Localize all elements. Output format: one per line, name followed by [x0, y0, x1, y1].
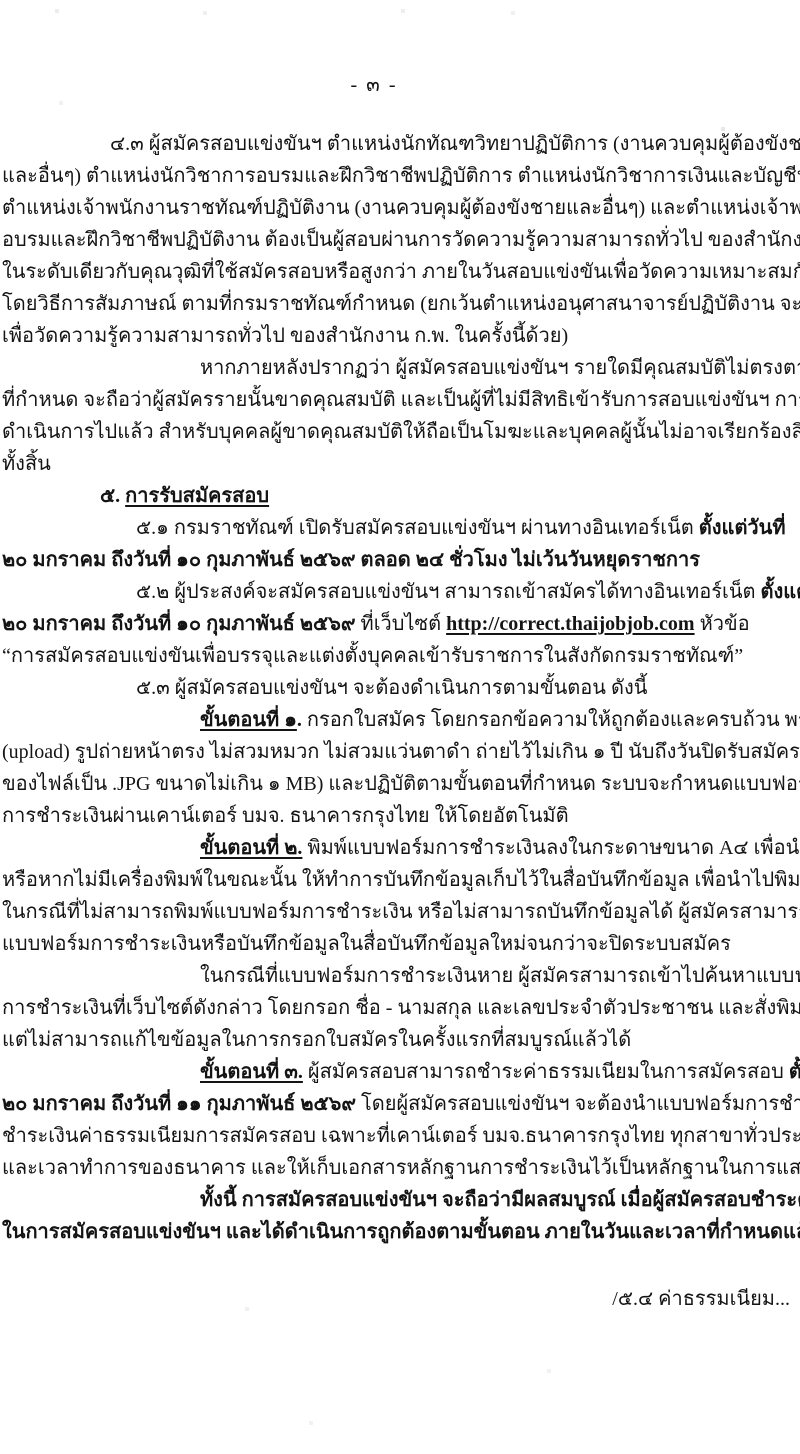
- text-line: ๔.๓ ผู้สมัครสอบแข่งขันฯ ตำแหน่งนักทัณฑวิ…: [0, 128, 800, 160]
- text-line: ดำเนินการไปแล้ว สำหรับบุคคลผู้ขาดคุณสมบั…: [0, 416, 800, 448]
- text-segment: ๕.: [100, 485, 125, 507]
- text-segment: ในกรณีที่แบบฟอร์มการชำระเงินหาย ผู้สมัคร…: [200, 965, 800, 987]
- text-segment: การชำระเงินที่เว็บไซต์ดังกล่าว โดยกรอก ช…: [2, 997, 800, 1019]
- text-segment: และเวลาทำการของธนาคาร และให้เก็บเอกสารหล…: [2, 1157, 800, 1179]
- text-line: ในระดับเดียวกับคุณวุฒิที่ใช้สมัครสอบหรือ…: [0, 256, 800, 288]
- text-segment: หัวข้อ: [695, 613, 750, 635]
- text-line: ทั้งนี้ การสมัครสอบแข่งขันฯ จะถือว่ามีผล…: [0, 1184, 800, 1216]
- text-segment: กรอกใบสมัคร โดยกรอกข้อความให้ถูกต้องและค…: [307, 709, 800, 731]
- text-line: ขั้นตอนที่ ๓. ผู้สมัครสอบสามารถชำระค่าธร…: [0, 1056, 800, 1088]
- text-line: อบรมและฝึกวิชาชีพปฏิบัติงาน ต้องเป็นผู้ส…: [0, 224, 800, 256]
- text-line: ๕.๓ ผู้สมัครสอบแข่งขันฯ จะต้องดำเนินการต…: [0, 672, 800, 704]
- text-segment: พิมพ์แบบฟอร์มการชำระเงินลงในกระดาษขนาด A…: [302, 837, 800, 859]
- continuation-note: /๕.๔ ค่าธรรมเนียม...: [612, 1282, 790, 1314]
- text-line: ชำระเงินค่าธรรมเนียมการสมัครสอบ เฉพาะที่…: [0, 1120, 800, 1152]
- text-line: ในกรณีที่แบบฟอร์มการชำระเงินหาย ผู้สมัคร…: [0, 960, 800, 992]
- step-2-label: ขั้นตอนที่ ๒.: [200, 837, 302, 859]
- text-segment: แต่ไม่สามารถแก้ไขข้อมูลในการกรอกใบสมัครใ…: [2, 1029, 631, 1051]
- text-line: ๕.๒ ผู้ประสงค์จะสมัครสอบแข่งขันฯ สามารถเ…: [0, 576, 800, 608]
- text-segment: การชำระเงินผ่านเคาน์เตอร์ บมจ. ธนาคารกรุ…: [2, 805, 569, 827]
- text-line: (upload) รูปถ่ายหน้าตรง ไม่สวมหมวก ไม่สว…: [0, 736, 800, 768]
- text-segment: หากภายหลังปรากฏว่า ผู้สมัครสอบแข่งขันฯ ร…: [200, 357, 800, 379]
- text-segment: ที่เว็บไซต์: [356, 613, 447, 635]
- text-line: ตำแหน่งเจ้าพนักงานราชทัณฑ์ปฏิบัติงาน (งา…: [0, 192, 800, 224]
- text-line: ในการสมัครสอบแข่งขันฯ และได้ดำเนินการถูก…: [0, 1216, 800, 1248]
- text-line: ๒๐ มกราคม ถึงวันที่ ๑๑ กุมภาพันธ์ ๒๕๖๙ โ…: [0, 1088, 800, 1120]
- text-line: ในกรณีที่ไม่สามารถพิมพ์แบบฟอร์มการชำระเง…: [0, 896, 800, 928]
- website-url: http://correct.thaijobjob.com: [446, 613, 694, 635]
- text-segment: .: [297, 709, 307, 731]
- scanned-document-page: - ๓ - ๔.๓ ผู้สมัครสอบแข่งขันฯ ตำแหน่งนัก…: [0, 0, 800, 1454]
- text-segment: แบบฟอร์มการชำระเงินหรือบันทึกข้อมูลในสื่…: [2, 933, 731, 955]
- section-5-heading: การรับสมัครสอบ: [125, 485, 269, 507]
- text-segment: โดยวิธีการสัมภาษณ์ ตามที่กรมราชทัณฑ์กำหน…: [2, 293, 800, 315]
- text-segment: ๒๐ มกราคม ถึงวันที่ ๑๐ กุมภาพันธ์ ๒๕๖๙: [2, 613, 356, 635]
- text-segment: “การสมัครสอบแข่งขันเพื่อบรรจุและแต่งตั้ง…: [2, 645, 743, 667]
- text-segment: ในกรณีที่ไม่สามารถพิมพ์แบบฟอร์มการชำระเง…: [2, 901, 800, 923]
- text-line: ๒๐ มกราคม ถึงวันที่ ๑๐ กุมภาพันธ์ ๒๕๖๙ ต…: [0, 544, 800, 576]
- text-segment: ดำเนินการไปแล้ว สำหรับบุคคลผู้ขาดคุณสมบั…: [2, 421, 800, 443]
- text-line: โดยวิธีการสัมภาษณ์ ตามที่กรมราชทัณฑ์กำหน…: [0, 288, 800, 320]
- text-line: “การสมัครสอบแข่งขันเพื่อบรรจุและแต่งตั้ง…: [0, 640, 800, 672]
- text-line: ขั้นตอนที่ ๒. พิมพ์แบบฟอร์มการชำระเงินลง…: [0, 832, 800, 864]
- text-segment: โดยผู้สมัครสอบแข่งขันฯ จะต้องนำแบบฟอร์มก…: [356, 1093, 800, 1115]
- text-line: แต่ไม่สามารถแก้ไขข้อมูลในการกรอกใบสมัครใ…: [0, 1024, 800, 1056]
- text-line: และเวลาทำการของธนาคาร และให้เก็บเอกสารหล…: [0, 1152, 800, 1184]
- text-segment: ทั้งสิ้น: [2, 453, 51, 475]
- text-segment: ๒๐ มกราคม ถึงวันที่ ๑๑ กุมภาพันธ์ ๒๕๖๙: [2, 1093, 356, 1115]
- text-line: ขั้นตอนที่ ๑. กรอกใบสมัคร โดยกรอกข้อความ…: [0, 704, 800, 736]
- text-segment: ในการสมัครสอบแข่งขันฯ และได้ดำเนินการถูก…: [2, 1221, 800, 1243]
- text-segment: ตั้งแต่วันที่: [789, 1061, 800, 1083]
- text-line: ๕. การรับสมัครสอบ: [0, 480, 800, 512]
- text-line: แบบฟอร์มการชำระเงินหรือบันทึกข้อมูลในสื่…: [0, 928, 800, 960]
- text-segment: (upload) รูปถ่ายหน้าตรง ไม่สวมหมวก ไม่สว…: [2, 741, 800, 763]
- text-line: ที่กำหนด จะถือว่าผู้สมัครรายนั้นขาดคุณสม…: [0, 384, 800, 416]
- text-segment: ๕.๒ ผู้ประสงค์จะสมัครสอบแข่งขันฯ สามารถเ…: [136, 581, 761, 603]
- text-segment: ตั้งแต่วันที่: [699, 517, 786, 539]
- text-segment: ๕.๑ กรมราชทัณฑ์ เปิดรับสมัครสอบแข่งขันฯ …: [136, 517, 699, 539]
- text-segment: ชำระเงินค่าธรรมเนียมการสมัครสอบ เฉพาะที่…: [2, 1125, 800, 1147]
- text-line: ๕.๑ กรมราชทัณฑ์ เปิดรับสมัครสอบแข่งขันฯ …: [0, 512, 800, 544]
- text-segment: ตั้งแต่วันที่: [761, 581, 800, 603]
- text-line: และอื่นๆ) ตำแหน่งนักวิชาการอบรมและฝึกวิช…: [0, 160, 800, 192]
- document-lines: ๔.๓ ผู้สมัครสอบแข่งขันฯ ตำแหน่งนักทัณฑวิ…: [0, 128, 800, 1248]
- text-segment: เพื่อวัดความรู้ความสามารถทั่วไป ของสำนัก…: [2, 325, 568, 347]
- text-segment: ๔.๓ ผู้สมัครสอบแข่งขันฯ ตำแหน่งนักทัณฑวิ…: [110, 133, 800, 155]
- text-segment: อบรมและฝึกวิชาชีพปฏิบัติงาน ต้องเป็นผู้ส…: [2, 229, 800, 251]
- text-segment: ๕.๓ ผู้สมัครสอบแข่งขันฯ จะต้องดำเนินการต…: [136, 677, 647, 699]
- step-1-label: ขั้นตอนที่ ๑: [200, 709, 297, 731]
- text-segment: ๒๐ มกราคม ถึงวันที่ ๑๐ กุมภาพันธ์ ๒๕๖๙ ต…: [2, 549, 700, 571]
- text-segment: หรือหากไม่มีเครื่องพิมพ์ในขณะนั้น ให้ทำก…: [2, 869, 800, 891]
- text-line: ๒๐ มกราคม ถึงวันที่ ๑๐ กุมภาพันธ์ ๒๕๖๙ ท…: [0, 608, 800, 640]
- text-line: ของไฟล์เป็น .JPG ขนาดไม่เกิน ๑ MB) และปฏ…: [0, 768, 800, 800]
- scan-noise: [0, 0, 2, 2]
- text-segment: ของไฟล์เป็น .JPG ขนาดไม่เกิน ๑ MB) และปฏ…: [2, 773, 800, 795]
- text-line: เพื่อวัดความรู้ความสามารถทั่วไป ของสำนัก…: [0, 320, 800, 352]
- text-line: หากภายหลังปรากฏว่า ผู้สมัครสอบแข่งขันฯ ร…: [0, 352, 800, 384]
- page-number: - ๓ -: [0, 68, 748, 100]
- text-segment: ทั้งนี้ การสมัครสอบแข่งขันฯ จะถือว่ามีผล…: [200, 1189, 800, 1211]
- text-line: การชำระเงินผ่านเคาน์เตอร์ บมจ. ธนาคารกรุ…: [0, 800, 800, 832]
- step-3-label: ขั้นตอนที่ ๓.: [200, 1061, 303, 1083]
- text-segment: และอื่นๆ) ตำแหน่งนักวิชาการอบรมและฝึกวิช…: [2, 165, 800, 187]
- text-segment: ผู้สมัครสอบสามารถชำระค่าธรรมเนียมในการสม…: [303, 1061, 789, 1083]
- text-segment: ในระดับเดียวกับคุณวุฒิที่ใช้สมัครสอบหรือ…: [2, 261, 800, 283]
- text-line: การชำระเงินที่เว็บไซต์ดังกล่าว โดยกรอก ช…: [0, 992, 800, 1024]
- text-line: ทั้งสิ้น: [0, 448, 800, 480]
- text-segment: ที่กำหนด จะถือว่าผู้สมัครรายนั้นขาดคุณสม…: [2, 389, 800, 411]
- text-segment: ตำแหน่งเจ้าพนักงานราชทัณฑ์ปฏิบัติงาน (งา…: [2, 197, 800, 219]
- text-line: หรือหากไม่มีเครื่องพิมพ์ในขณะนั้น ให้ทำก…: [0, 864, 800, 896]
